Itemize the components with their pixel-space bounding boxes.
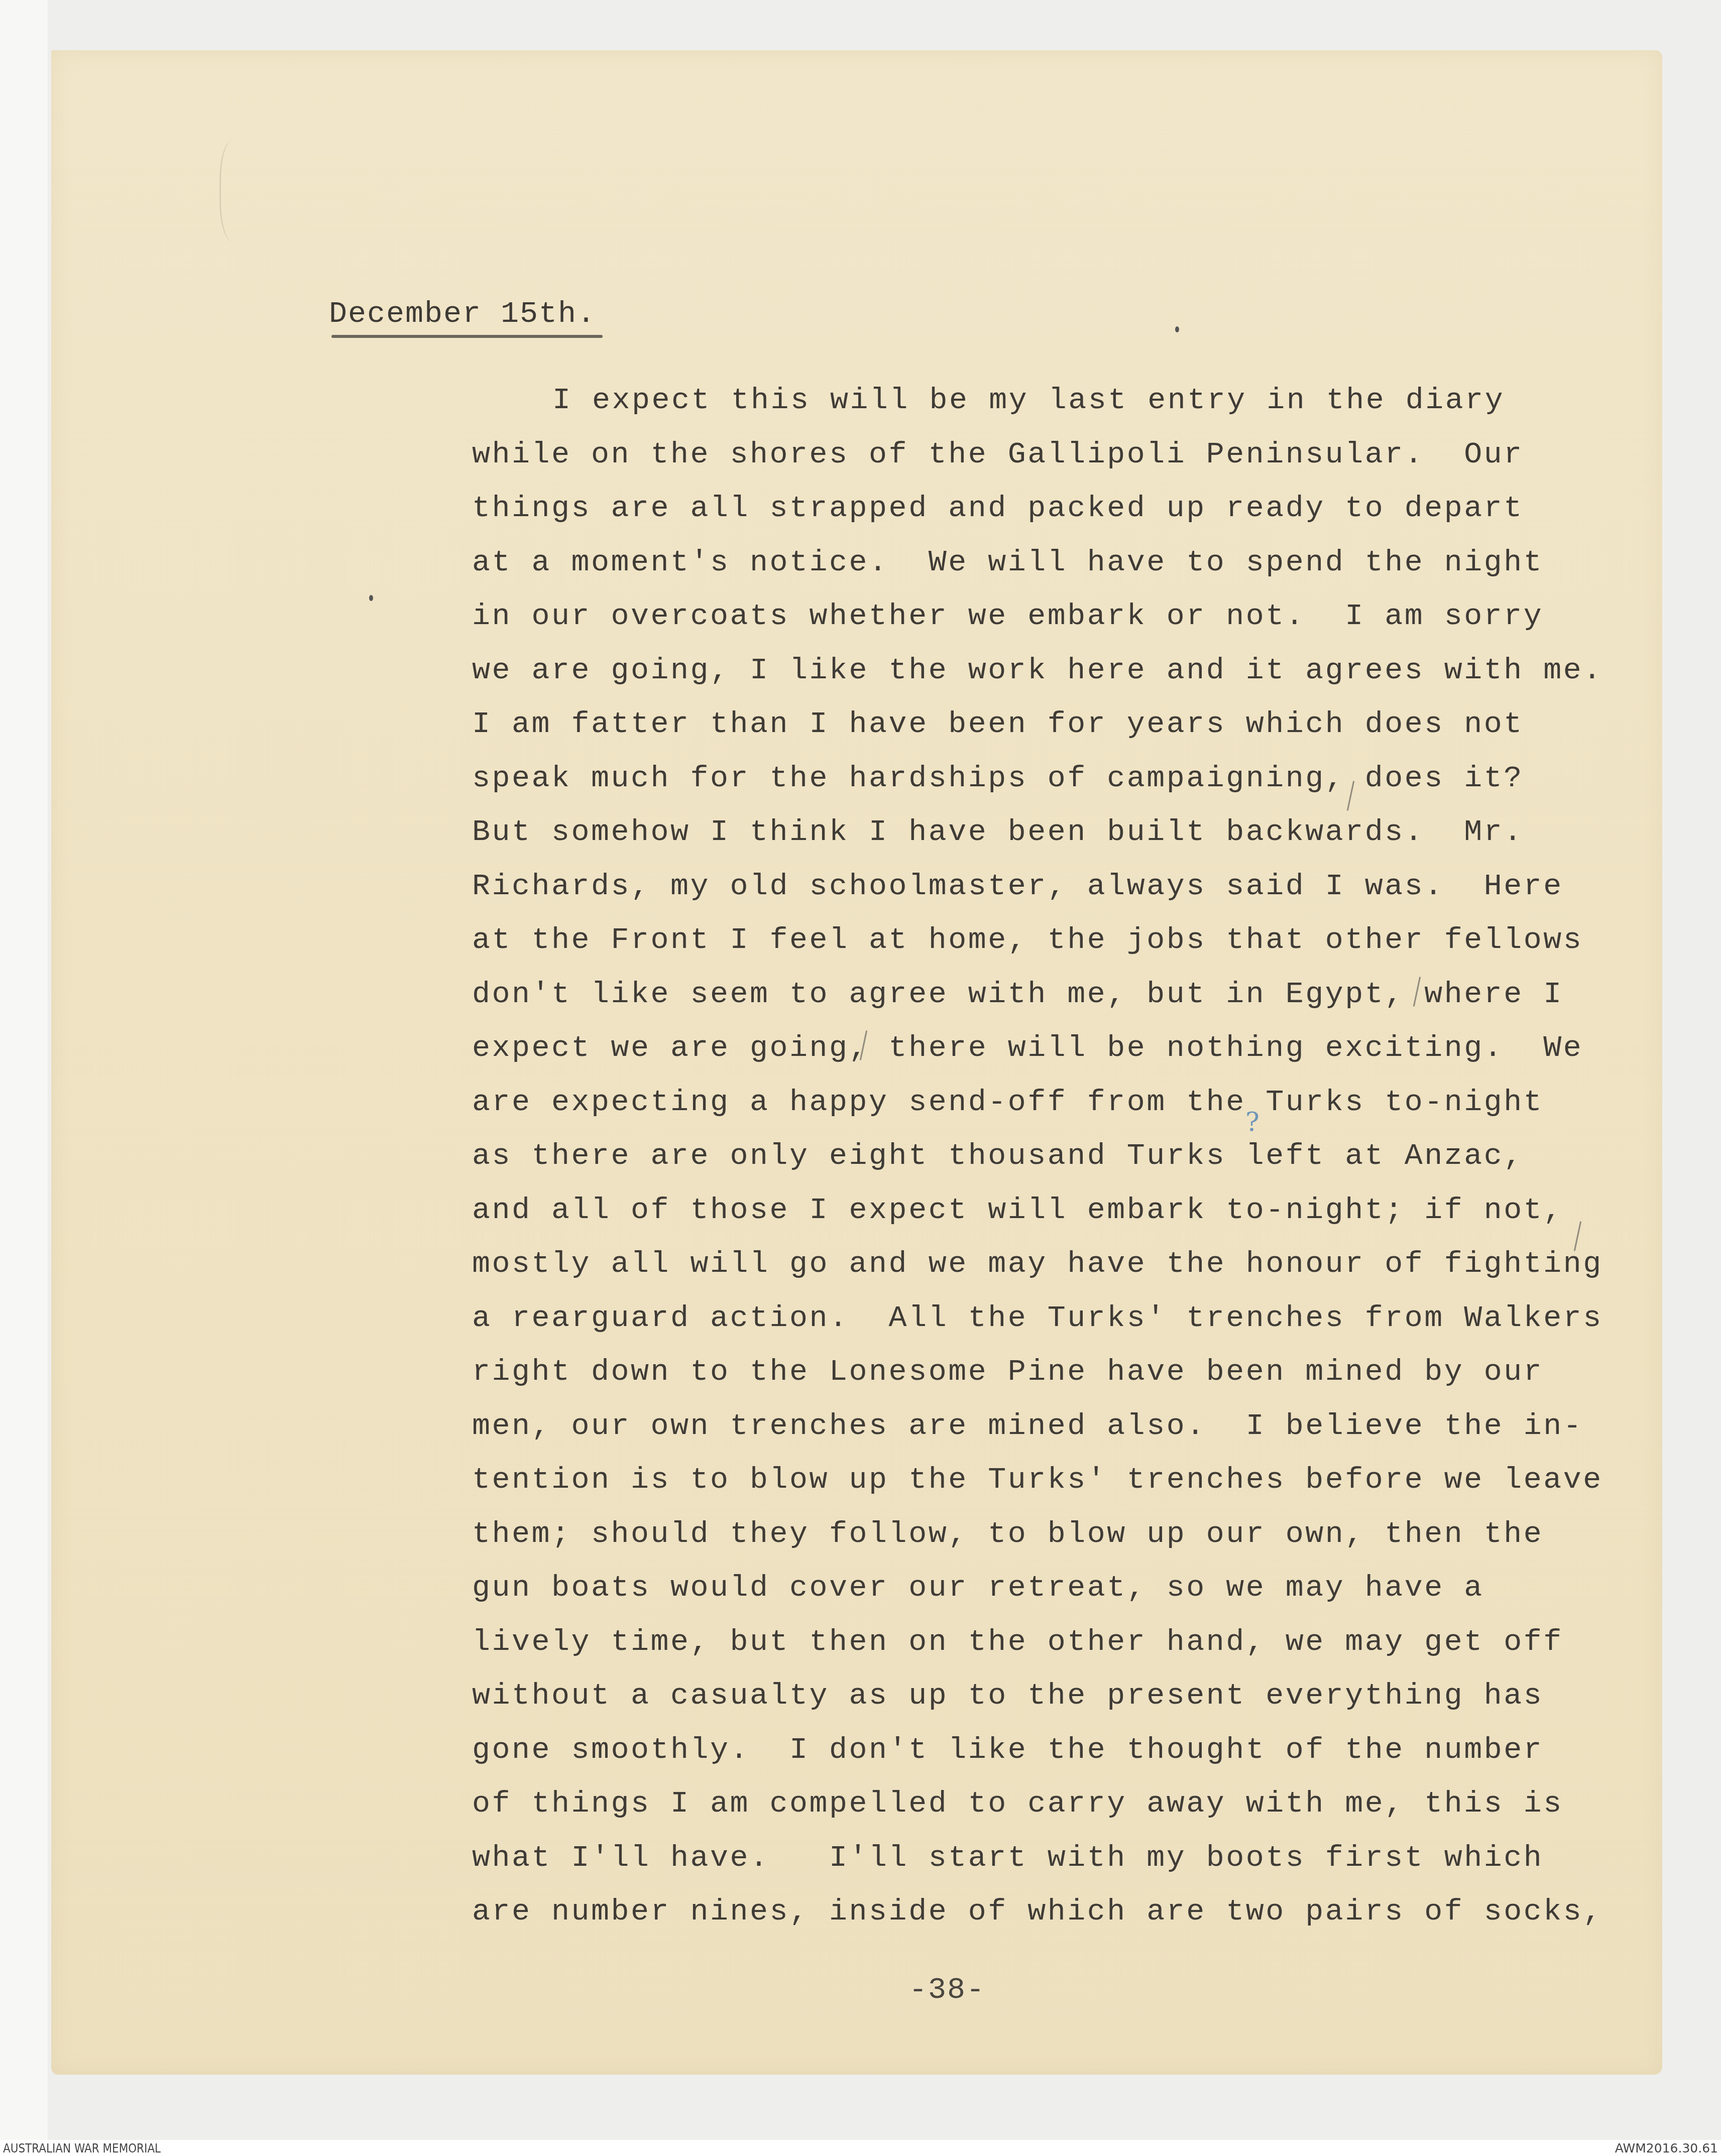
- text-line: and all of those I expect will embark to…: [472, 1184, 1642, 1238]
- text-line: I expect this will be my last entry in t…: [472, 374, 1642, 428]
- accession-id-label: AWM2016.30.61: [1615, 2141, 1718, 2155]
- diary-entry-body: I expect this will be my last entry in t…: [472, 374, 1642, 1940]
- text-line: Richards, my old schoolmaster, always sa…: [472, 860, 1642, 914]
- text-line: don't like seem to agree with me, but in…: [472, 968, 1642, 1022]
- text-line: at the Front I feel at home, the jobs th…: [472, 914, 1642, 968]
- text-line: right down to the Lonesome Pine have bee…: [472, 1346, 1642, 1400]
- text-line: men, our own trenches are mined also. I …: [472, 1400, 1642, 1454]
- text-line: them; should they follow, to blow up our…: [472, 1508, 1642, 1562]
- text-line: lively time, but then on the other hand,…: [472, 1616, 1642, 1670]
- text-line: while on the shores of the Gallipoli Pen…: [472, 428, 1642, 483]
- text-line: of things I am compelled to carry away w…: [472, 1777, 1642, 1832]
- page-number: -38-: [909, 1973, 985, 2007]
- text-line: I am fatter than I have been for years w…: [472, 698, 1642, 752]
- text-line: mostly all will go and we may have the h…: [472, 1238, 1642, 1292]
- text-line: speak much for the hardships of campaign…: [472, 752, 1642, 806]
- text-line: gun boats would cover our retreat, so we…: [472, 1562, 1642, 1616]
- text-line: are expecting a happy send-off from the …: [472, 1076, 1642, 1130]
- ink-speck: [1175, 326, 1179, 332]
- text-line: without a casualty as up to the present …: [472, 1669, 1642, 1724]
- blue-pencil-question-mark: ?: [1245, 1107, 1259, 1137]
- text-line: in our overcoats whether we embark or no…: [472, 590, 1642, 644]
- scan-margin-left: [0, 0, 48, 2140]
- text-line: what I'll have. I'll start with my boots…: [472, 1832, 1642, 1886]
- text-line: a rearguard action. All the Turks' trenc…: [472, 1292, 1642, 1346]
- text-line: we are going, I like the work here and i…: [472, 644, 1642, 698]
- text-line: gone smoothly. I don't like the thought …: [472, 1724, 1642, 1778]
- paper-tear-mark: [219, 141, 251, 241]
- text-line: are number nines, inside of which are tw…: [472, 1885, 1642, 1940]
- title-underline: [331, 335, 603, 338]
- text-line: as there are only eight thousand Turks l…: [472, 1130, 1642, 1184]
- ink-speck: [369, 595, 373, 601]
- text-line: at a moment's notice. We will have to sp…: [472, 536, 1642, 590]
- text-line: But somehow I think I have been built ba…: [472, 806, 1642, 860]
- text-line: things are all strapped and packed up re…: [472, 482, 1642, 536]
- institution-label: AUSTRALIAN WAR MEMORIAL: [3, 2141, 161, 2155]
- page-title: December 15th.: [329, 297, 596, 331]
- text-line: expect we are going, there will be nothi…: [472, 1022, 1642, 1076]
- text-line: tention is to blow up the Turks' trenche…: [472, 1454, 1642, 1508]
